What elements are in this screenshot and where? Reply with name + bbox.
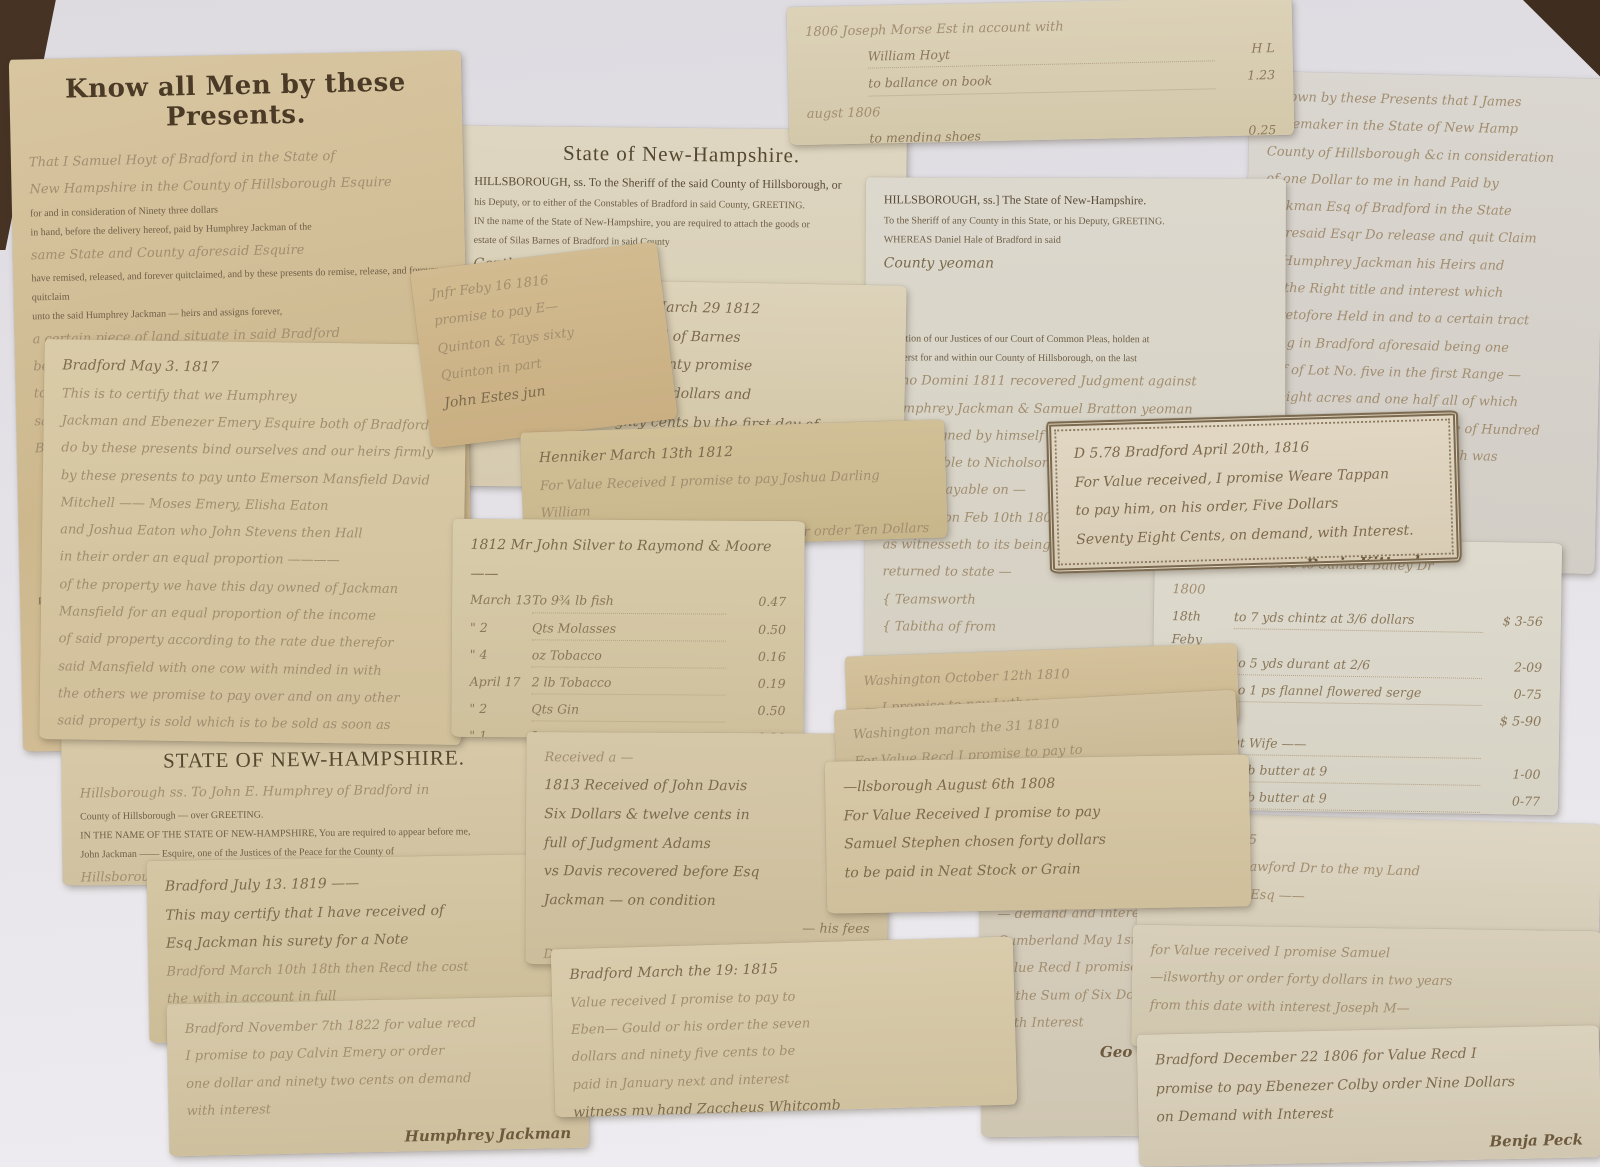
document-note-hillsborough-1808: —llsborough August 6th 1808For Value Rec… — [825, 754, 1252, 913]
ledger-cell: 0.16 — [734, 644, 786, 667]
ledger-cell — [806, 88, 868, 89]
text-line: —eration of our Justices of our Court of… — [883, 330, 1267, 350]
ledger-row: " 2Qts Molasses0.50 — [470, 615, 786, 644]
text-line: Amherst for and within our County of Hil… — [883, 349, 1267, 369]
ledger-cell: 0.50 — [733, 699, 785, 722]
text-line: HILLSBOROUGH, ss.] The State of New-Hamp… — [884, 189, 1268, 212]
document-promissory-note-578: D 5.78 Bradford April 20th, 1816For Valu… — [1046, 410, 1462, 573]
ledger-cell: April 17 — [470, 670, 532, 694]
document-slip-estes: Jnfr Feby 16 1816promise to pay E—Quinto… — [410, 242, 678, 449]
ledger-cell: to 5 yds durant at 2/6 — [1233, 651, 1482, 679]
ledger-cell: H L — [1222, 36, 1274, 60]
document-note-jackman: Bradford November 7th 1822 for value rec… — [166, 996, 589, 1157]
ledger-cell: to 7 yds chintz at 3/6 dollars — [1234, 605, 1483, 633]
text-line: to be paid in Neat Stock or Grain — [844, 853, 1232, 888]
text-line: Anno Domini 1811 recovered Judgment agai… — [883, 368, 1267, 397]
ledger-row: " 4oz Tobacco0.16 — [470, 643, 786, 672]
ledger-cell: to 1 ps flannel flowered serge — [1233, 678, 1482, 706]
ledger-cell: 2 lb Tobacco — [532, 670, 726, 695]
document-note-colby: Bradford December 22 1806 for Value Recd… — [1137, 1025, 1600, 1167]
text-line: To the Sheriff of any County in this Sta… — [884, 211, 1268, 231]
ledger-cell: Qts Molasses — [532, 616, 726, 641]
text-line: County yeoman — [884, 249, 1268, 279]
text-line: vs Davis recovered before Esq — [544, 858, 870, 888]
ledger-cell — [806, 61, 868, 62]
text-line: from this date with interest Joseph M— — [1150, 992, 1582, 1025]
ledger-cell: 1-00 — [1488, 762, 1540, 786]
text-line: Received a — — [544, 744, 870, 773]
document-certificate-1817: Bradford May 3. 1817This is to certify t… — [39, 339, 467, 745]
text-line: STATE OF NEW-HAMPSHIRE. — [79, 745, 548, 775]
ledger-row: March 13To 9¾ lb fish0.47 — [470, 588, 786, 617]
ledger-cell: March 13 — [470, 588, 532, 612]
text-line: full of Judgment Adams — [544, 829, 870, 859]
text-line: — his fees — [544, 915, 870, 943]
ledger-cell: $ 3-56 — [1491, 609, 1543, 633]
ledger-cell: 0.50 — [734, 617, 786, 640]
ledger-row: April 172 lb Tobacco0.19 — [470, 670, 786, 699]
ledger-cell: 0-75 — [1490, 682, 1542, 706]
ledger-cell: oz Tobacco — [532, 643, 726, 668]
ledger-cell: " 2 — [470, 615, 532, 639]
ledger-cell: 1 lb butter at 9 — [1231, 758, 1480, 786]
ledger-cell — [807, 142, 869, 143]
ledger-row: " 2Qts Gin0.50 — [469, 697, 785, 726]
text-line: Jackman — on condition — [544, 886, 870, 916]
ledger-cell: 0.47 — [734, 590, 786, 613]
ledger-cell: Qts Gin — [531, 697, 725, 722]
text-line: 1812 Mr John Silver to Raymond & Moore —… — [470, 531, 786, 591]
ledger-cell: " 2 — [469, 697, 531, 721]
ledger-cell: 8 lb butter at 9 — [1231, 785, 1480, 813]
text-line: WHEREAS Daniel Hale of Bradford in said — [884, 230, 1268, 250]
text-line — [883, 278, 1267, 305]
ledger-cell: 0-77 — [1488, 789, 1540, 813]
document-account-silver: 1812 Mr John Silver to Raymond & Moore —… — [451, 519, 805, 739]
ledger-cell: 0.19 — [734, 671, 786, 694]
ledger-cell: 1.23 — [1223, 64, 1275, 88]
text-line: — Blacksmith — land —ble Owing — Bradfor… — [574, 1116, 1001, 1118]
text-line: 1813 Received of John Davis — [544, 771, 870, 801]
text-line: Six Dollars & twelve cents in — [544, 800, 870, 830]
ledger-cell: 2-09 — [1490, 655, 1542, 679]
document-account-morse-hoyt: 1806 Joseph Morse Est in account withWil… — [787, 0, 1295, 145]
ledger-cell: qt Wife —— — [1232, 731, 1481, 759]
text-line — [883, 304, 1267, 331]
photo-canvas: —nown by these Presents that I JamesShoe… — [0, 0, 1600, 1167]
ledger-cell: " 4 — [470, 643, 532, 667]
text-line: Know all Men by these Presents. — [27, 67, 444, 136]
ledger-cell: To 9¾ lb fish — [532, 589, 726, 614]
ledger-cell — [1489, 751, 1541, 752]
ledger-cell: " 1 — [469, 724, 531, 739]
document-note-whitcomb: Bradford March the 19: 1815Value receive… — [551, 937, 1018, 1118]
